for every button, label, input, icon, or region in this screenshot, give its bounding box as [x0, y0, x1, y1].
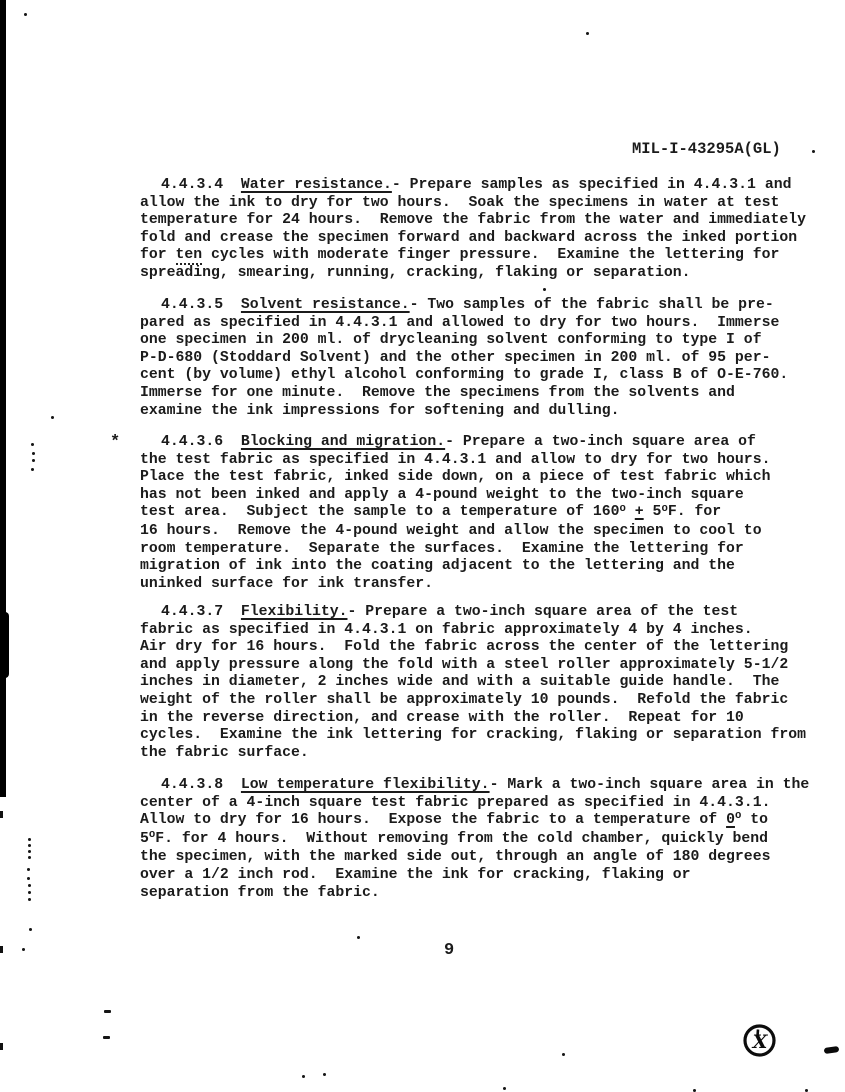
text-line: 4.4.3.6 Blocking and migration.- Prepare…	[140, 434, 830, 452]
scan-artifact	[103, 1036, 110, 1039]
text-line: P-D-680 (Stoddard Solvent) and the other…	[140, 350, 830, 368]
scan-artifact	[562, 1053, 565, 1056]
text-line: the specimen, with the marked side out, …	[140, 849, 830, 867]
text-line: over a 1/2 inch rod. Examine the ink for…	[140, 867, 830, 885]
inspection-stamp-icon: X	[741, 1022, 778, 1059]
text-line: 16 hours. Remove the 4-pound weight and …	[140, 523, 830, 541]
scan-edge-notch	[0, 612, 9, 678]
text-line: cent (by volume) ethyl alcohol conformin…	[140, 367, 830, 385]
text-line: the test fabric as specified in 4.4.3.1 …	[140, 452, 830, 470]
text-line: has not been inked and apply a 4-pound w…	[140, 487, 830, 505]
text-line: weight of the roller shall be approximat…	[140, 692, 830, 710]
text-line: uninked surface for ink transfer.	[140, 576, 830, 594]
text-line: Place the test fabric, inked side down, …	[140, 469, 830, 487]
text-line: the fabric surface.	[140, 745, 830, 763]
text-line: one specimen in 200 ml. of drycleaning s…	[140, 332, 830, 350]
scan-artifact	[32, 452, 35, 455]
text-line: Air dry for 16 hours. Fold the fabric ac…	[140, 639, 830, 657]
scan-artifact	[28, 898, 31, 901]
scan-artifact	[27, 877, 30, 880]
scan-artifact	[104, 1010, 111, 1013]
text-line: room temperature. Separate the surfaces.…	[140, 541, 830, 559]
scan-artifact	[323, 1073, 326, 1076]
text-line: Allow to dry for 16 hours. Expose the fa…	[140, 812, 830, 831]
scan-artifact	[27, 868, 30, 871]
scan-artifact	[31, 468, 34, 471]
text-line: separation from the fabric.	[140, 885, 830, 903]
text-line: center of a 4-inch square test fabric pr…	[140, 795, 830, 813]
scan-artifact	[32, 459, 35, 462]
scan-artifact	[31, 443, 34, 446]
text-line: 4.4.3.8 Low temperature flexibility.- Ma…	[140, 777, 830, 795]
text-line: temperature for 24 hours. Remove the fab…	[140, 212, 830, 230]
scan-artifact	[28, 891, 31, 894]
scan-artifact	[28, 884, 31, 887]
text-line: and apply pressure along the fold with a…	[140, 657, 830, 675]
scan-artifact	[302, 1075, 305, 1078]
scan-artifact	[812, 150, 815, 153]
text-line: in the reverse direction, and crease wit…	[140, 710, 830, 728]
text-line: cycles. Examine the ink lettering for cr…	[140, 727, 830, 745]
scanned-document-page: MIL-I-43295A(GL) * 4.4.3.4 Water resista…	[0, 0, 845, 1092]
text-line: allow the ink to dry for two hours. Soak…	[140, 195, 830, 213]
text-line: fold and crease the specimen forward and…	[140, 230, 830, 248]
scan-artifact	[0, 946, 3, 953]
scan-artifact	[824, 1046, 840, 1054]
section-4.4.3.5: 4.4.3.5 Solvent resistance.- Two samples…	[140, 297, 830, 420]
scan-artifact	[29, 928, 32, 931]
section-4.4.3.8: 4.4.3.8 Low temperature flexibility.- Ma…	[140, 777, 830, 902]
text-line: 4.4.3.7 Flexibility.- Prepare a two-inch…	[140, 604, 830, 622]
text-line: 5oF. for 4 hours. Without removing from …	[140, 831, 830, 850]
scan-artifact	[28, 844, 31, 847]
text-line: Immerse for one minute. Remove the speci…	[140, 385, 830, 403]
stamp-glyph: X	[752, 1031, 769, 1053]
scan-artifact	[586, 32, 589, 35]
change-marker-asterisk: *	[110, 433, 120, 452]
scan-artifact	[51, 416, 54, 419]
text-line: spreading, smearing, running, cracking, …	[140, 265, 830, 283]
section-4.4.3.4: 4.4.3.4 Water resistance.- Prepare sampl…	[140, 177, 830, 283]
scan-artifact	[543, 288, 546, 291]
text-line: examine the ink impressions for softenin…	[140, 403, 830, 421]
text-line: 4.4.3.5 Solvent resistance.- Two samples…	[140, 297, 830, 315]
page-number: 9	[444, 941, 454, 960]
text-line: pared as specified in 4.4.3.1 and allowe…	[140, 315, 830, 333]
section-4.4.3.6: 4.4.3.6 Blocking and migration.- Prepare…	[140, 434, 830, 593]
scan-artifact	[24, 13, 27, 16]
scan-artifact	[503, 1087, 506, 1090]
scan-artifact	[28, 850, 31, 853]
scan-artifact	[0, 811, 3, 818]
text-line: inches in diameter, 2 inches wide and wi…	[140, 674, 830, 692]
scan-artifact	[357, 936, 360, 939]
scan-artifact	[28, 856, 31, 859]
text-line: test area. Subject the sample to a tempe…	[140, 504, 830, 523]
section-4.4.3.7: 4.4.3.7 Flexibility.- Prepare a two-inch…	[140, 604, 830, 762]
scan-artifact	[0, 1043, 3, 1050]
text-line: migration of ink into the coating adjace…	[140, 558, 830, 576]
scan-artifact	[22, 948, 25, 951]
document-id-header: MIL-I-43295A(GL)	[632, 140, 781, 158]
text-line: 4.4.3.4 Water resistance.- Prepare sampl…	[140, 177, 830, 195]
scan-artifact	[28, 838, 31, 841]
text-line: for ten cycles with moderate finger pres…	[140, 247, 830, 265]
text-line: fabric as specified in 4.4.3.1 on fabric…	[140, 622, 830, 640]
